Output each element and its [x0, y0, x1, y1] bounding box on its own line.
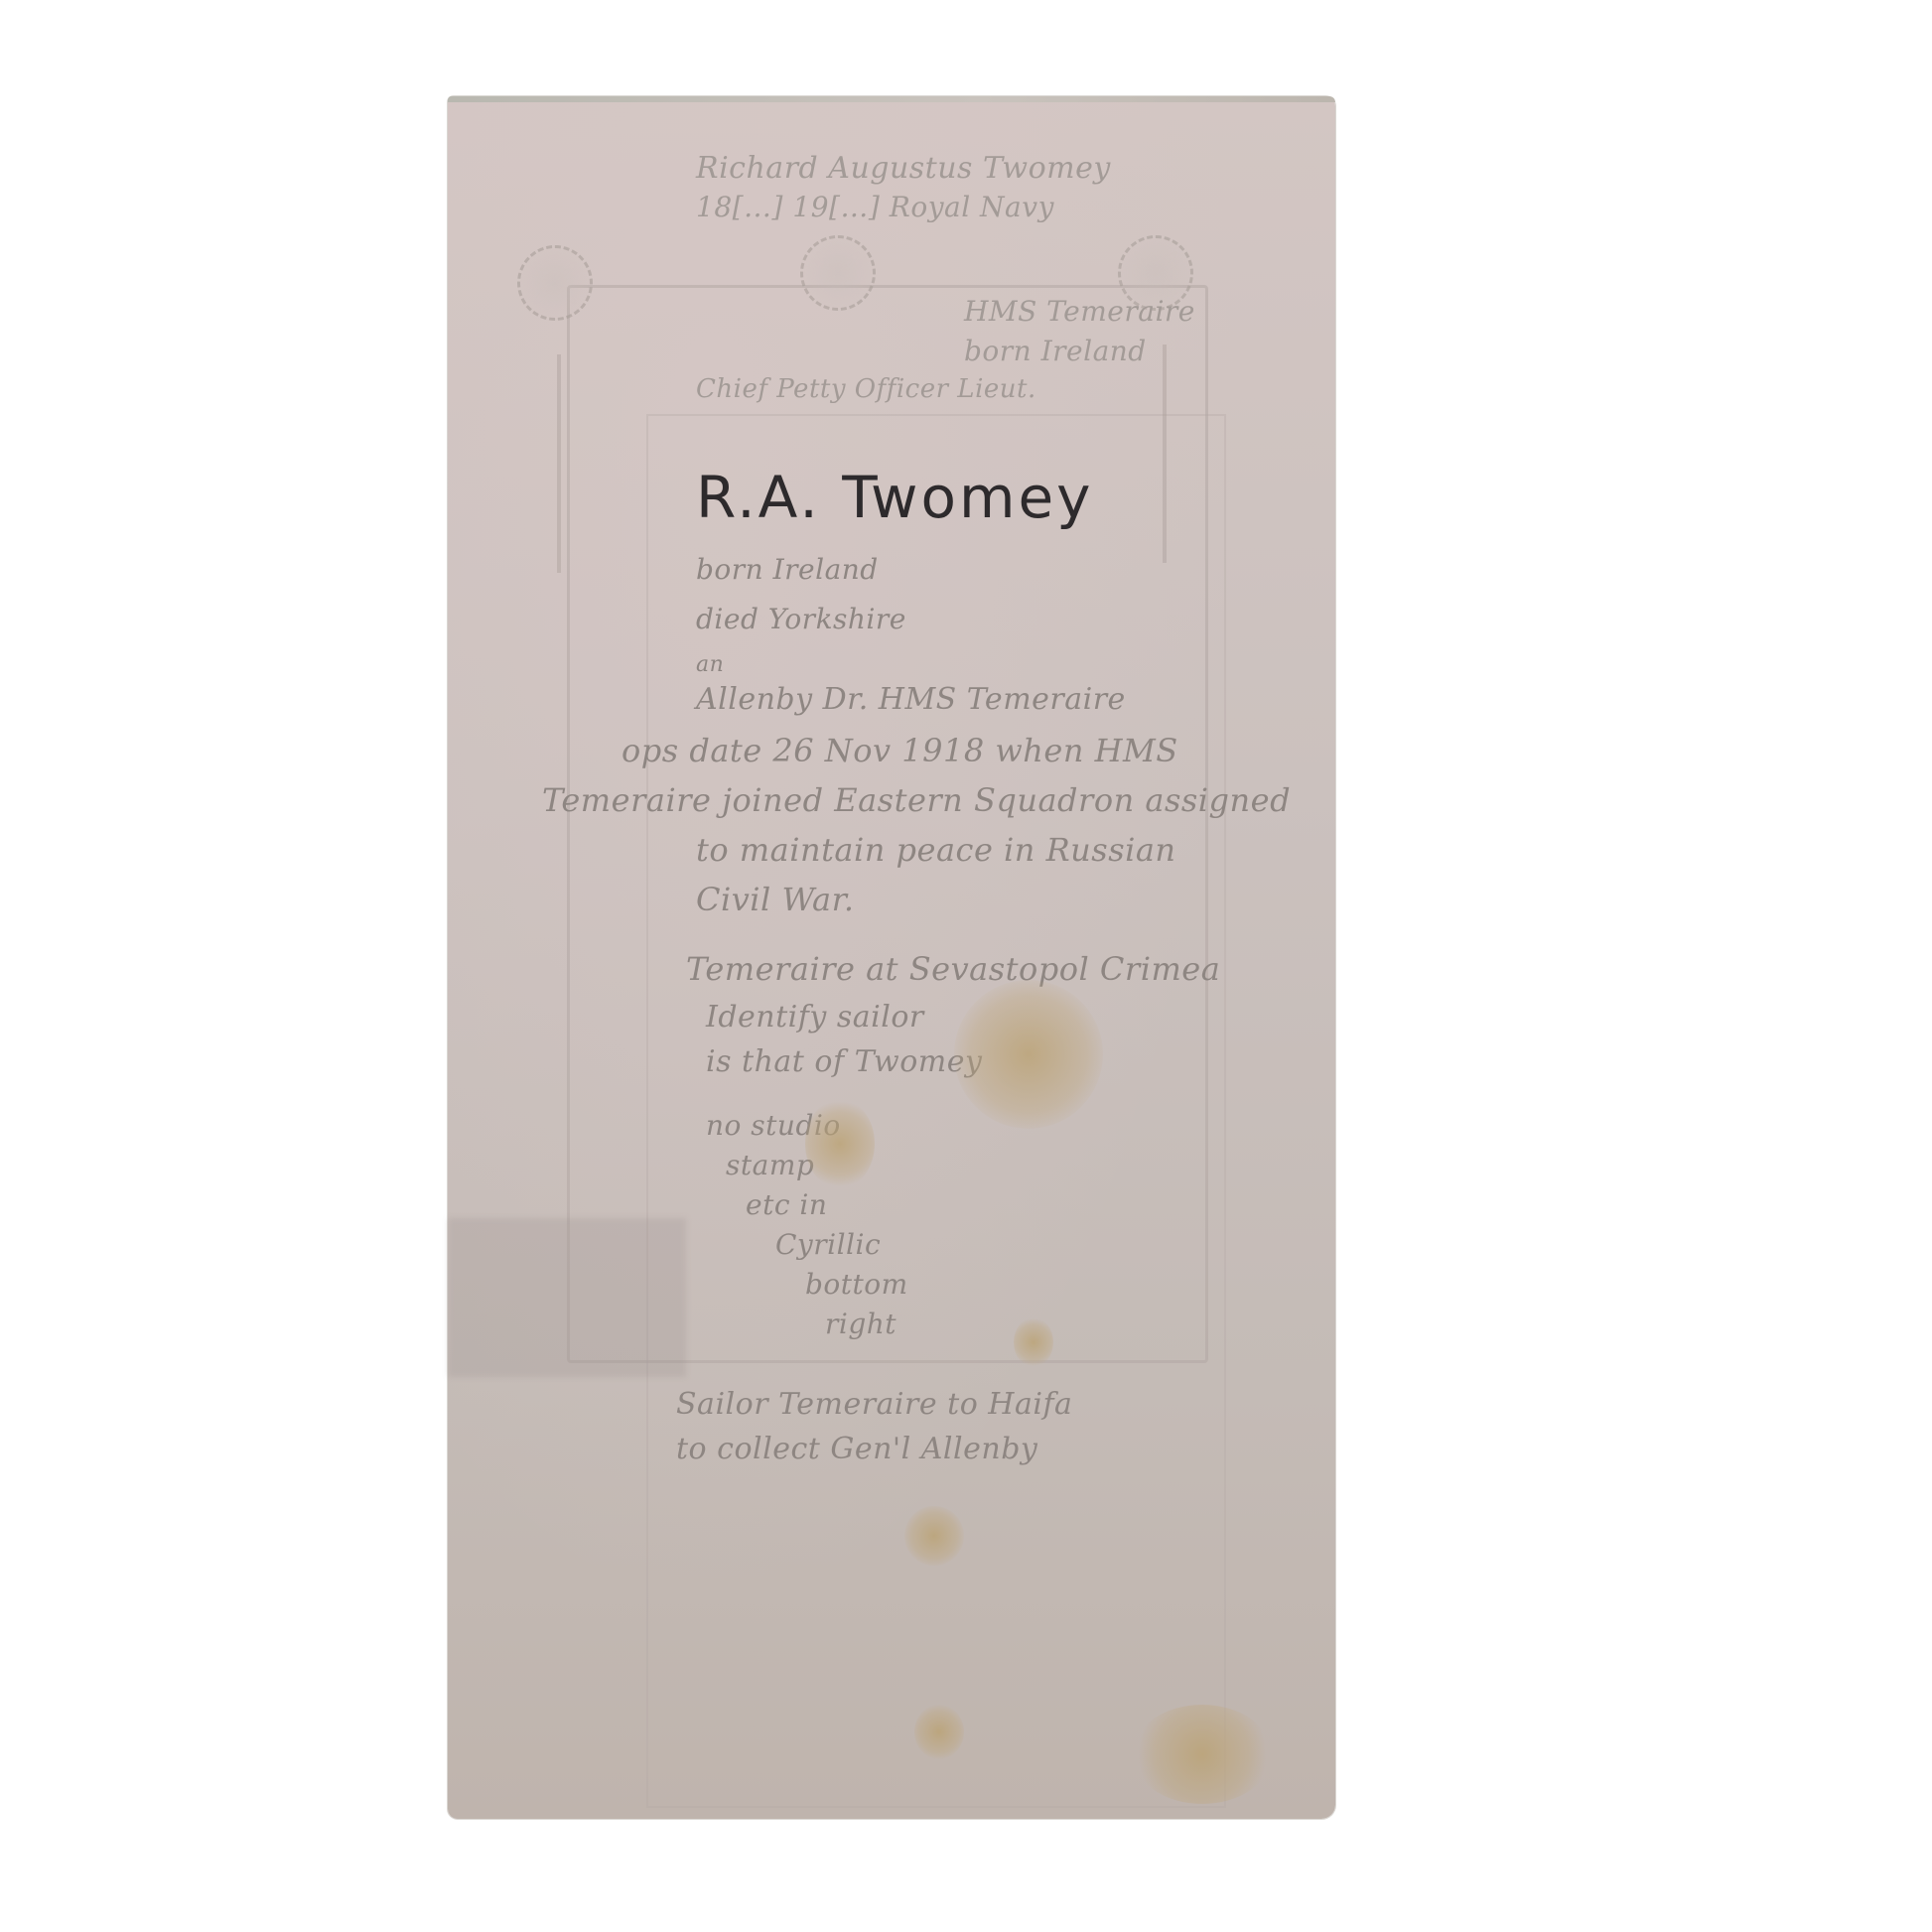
stain-bottom-1 — [914, 1705, 964, 1759]
note-ops-date: ops date 26 Nov 1918 when HMS — [621, 732, 1178, 769]
note-sevastopol: Temeraire at Sevastopol Crimea — [686, 950, 1220, 988]
stain-medium — [805, 1099, 875, 1188]
signature: R.A. Twomey — [696, 464, 1093, 531]
note-bottom: bottom — [805, 1268, 908, 1301]
note-stamp: stamp — [726, 1149, 814, 1181]
side-note-ship: HMS Temeraire — [964, 295, 1195, 328]
note-right: right — [825, 1308, 897, 1340]
note-twomey: is that of Twomey — [706, 1044, 982, 1079]
side-note-born: born Ireland — [964, 335, 1147, 367]
note-allenby: to collect Gen'l Allenby — [676, 1432, 1037, 1466]
ribbon-left — [557, 354, 561, 573]
pencil-smudge — [448, 1218, 686, 1377]
stain-large — [954, 980, 1103, 1129]
side-note-rank: Chief Petty Officer Lieut. — [696, 374, 1036, 404]
note-civil-war: Civil War. — [696, 881, 855, 918]
note-an: an — [696, 652, 724, 677]
card-top-edge — [448, 96, 1335, 102]
header-years: 18[…] 19[…] Royal Navy — [696, 191, 1054, 223]
ribbon-right — [1163, 345, 1167, 563]
stain-small-1 — [1014, 1317, 1053, 1367]
stain-small-2 — [904, 1506, 964, 1566]
rosette-center-icon — [800, 235, 876, 311]
note-allenby-temeraire: Allenby Dr. HMS Temeraire — [696, 682, 1126, 717]
rosette-left-icon — [517, 245, 593, 321]
note-died: died Yorkshire — [696, 603, 906, 635]
note-haifa: Sailor Temeraire to Haifa — [676, 1387, 1072, 1422]
note-cyrillic: Cyrillic — [775, 1228, 881, 1261]
note-maintain-peace: to maintain peace in Russian — [696, 831, 1176, 869]
note-eastern-squadron: Temeraire joined Eastern Squadron assign… — [542, 781, 1291, 819]
photo-card-back: Richard Augustus Twomey 18[…] 19[…] Roya… — [448, 96, 1335, 1819]
note-etc-in: etc in — [746, 1188, 827, 1221]
header-name: Richard Augustus Twomey — [696, 151, 1111, 186]
note-born: born Ireland — [696, 553, 879, 586]
stain-bottom-2 — [1133, 1705, 1272, 1804]
note-identify: Identify sailor — [706, 1000, 924, 1035]
